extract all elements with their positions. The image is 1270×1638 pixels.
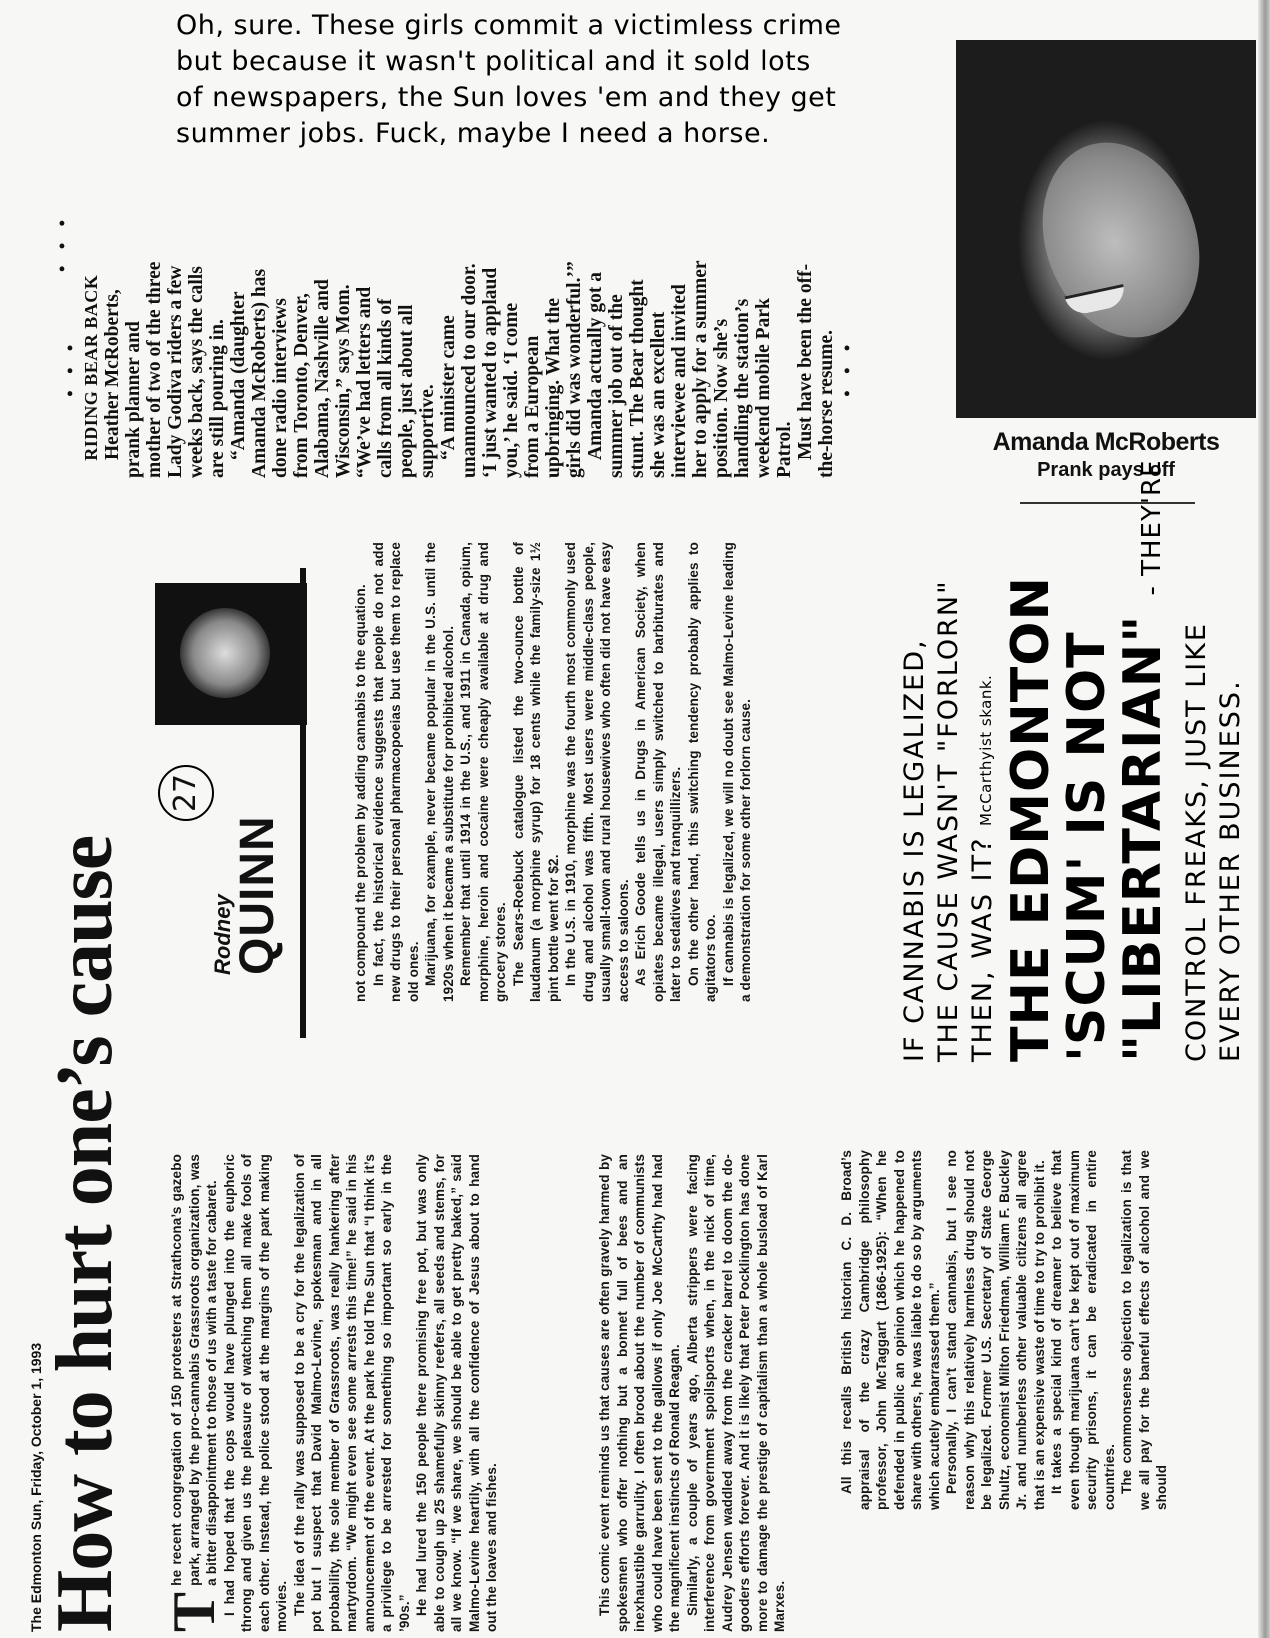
sidebar-paragraph: Must have been the off-the-horse resume. [795, 258, 837, 479]
annotation-line: THE CAUSE WASN'T "FORLORN" [932, 502, 966, 1062]
article-paragraph: As Erich Goode tells us in Drugs in Amer… [632, 542, 685, 1002]
caption-subtitle: Prank pays off [956, 459, 1256, 482]
separator-dots: • • • [60, 258, 81, 479]
byline-rule [300, 568, 306, 1038]
article-paragraph: not compound the problem by adding canna… [352, 542, 370, 1002]
annotation-emphasis: 'SCUM' IS NOT [1059, 502, 1115, 1062]
sidebar-paragraph: Heather McRoberts, prank planner and mot… [102, 258, 228, 479]
article-paragraph: In the U.S. in 1910, morphine was the fo… [562, 542, 632, 1002]
article-paragraph: Similarly, a couple of years ago, Albert… [684, 1154, 789, 1632]
article-paragraph: The commonsense objection to legalizatio… [1118, 1150, 1171, 1510]
article-paragraph: The Sears-Roebuck catalogue listed the t… [510, 542, 563, 1002]
article-paragraph: It takes a special kind of dreamer to be… [1048, 1150, 1118, 1510]
drop-cap: T [170, 1592, 218, 1632]
article-paragraph: All this recalls British historian C. D.… [838, 1150, 943, 1510]
article-paragraph: Marijuana, for example, never became pop… [422, 542, 457, 1002]
author-photo [155, 583, 307, 725]
scan-edge [1258, 0, 1270, 1638]
article-paragraph: he recent congregation of 150 protesters… [168, 1154, 221, 1632]
article-column-1: T he recent congregation of 150 proteste… [168, 1154, 501, 1632]
annotation-text: McCarthyist skank. [977, 675, 995, 826]
sidebar-heading: RIDING BEAR BACK [81, 258, 102, 479]
annotation-line: EVERY OTHER BUSINESS. [1214, 502, 1248, 1062]
article-paragraph: Remember that until 1914 in the U.S., an… [457, 542, 510, 1002]
article-paragraph: The idea of the rally was supposed to be… [291, 1154, 414, 1632]
sidebar-paragraph: “Amanda (daughter Amanda McRoberts) has … [228, 258, 438, 479]
handwritten-annotation: IF CANNABIS IS LEGALIZED, THE CAUSE WASN… [898, 502, 1248, 1062]
article-paragraph: On the other hand, this switching tenden… [685, 542, 720, 1002]
article-column-3: All this recalls British historian C. D.… [838, 1150, 1171, 1510]
annotation-emphasis: THE EDMONTON [1003, 502, 1059, 1062]
article-column-2: This comic event reminds us that causes … [596, 1154, 789, 1632]
byline: Rodney QUINN [210, 715, 280, 975]
article-paragraph: I had hoped that the cops would have plu… [221, 1154, 291, 1632]
article-column-4: not compound the problem by adding canna… [352, 542, 755, 1002]
handwritten-page-number: 27 [158, 765, 214, 821]
annotation-text: - THEY'RE [1137, 460, 1167, 596]
article-paragraph: He had lured the 150 people there promis… [413, 1154, 501, 1632]
portrait-photo [956, 40, 1256, 418]
masthead: The Edmonton Sun, Friday, October 1, 199… [28, 482, 124, 1632]
annotation-emphasis: "LIBERTARIAN" - THEY'RE [1115, 502, 1180, 1062]
annotation-line: THEN, WAS IT? McCarthyist skank. [966, 502, 1003, 1062]
sidebar-body: • • • RIDING BEAR BACK Heather McRoberts… [60, 3, 880, 478]
annotation-text: "LIBERTARIAN" [1113, 615, 1173, 1062]
annotation-line: CONTROL FREAKS, JUST LIKE [1180, 502, 1214, 1062]
page-number-text: 27 [168, 774, 203, 812]
sidebar-paragraph: “A minister came unannounced to our door… [438, 258, 585, 479]
article-paragraph: Personally, I can’t stand cannabis, but … [943, 1150, 1048, 1510]
headline: How to hurt one’s cause [46, 482, 124, 1632]
annotation-text: THEN, WAS IT? [967, 837, 998, 1062]
caption-name: Amanda McRoberts [956, 428, 1256, 457]
photo-caption: Amanda McRoberts Prank pays off [956, 428, 1256, 482]
annotation-line: IF CANNABIS IS LEGALIZED, [898, 502, 932, 1062]
byline-last-name: QUINN [236, 715, 280, 975]
author-face [180, 608, 270, 698]
separator-dots: • • • [837, 258, 858, 479]
sidebar-paragraph: Amanda actually got a summer job out of … [585, 258, 795, 479]
article-paragraph: If cannabis is legalized, we will no dou… [720, 542, 755, 1002]
article-paragraph: In fact, the historical evidence suggest… [370, 542, 423, 1002]
article-paragraph: This comic event reminds us that causes … [596, 1154, 684, 1632]
